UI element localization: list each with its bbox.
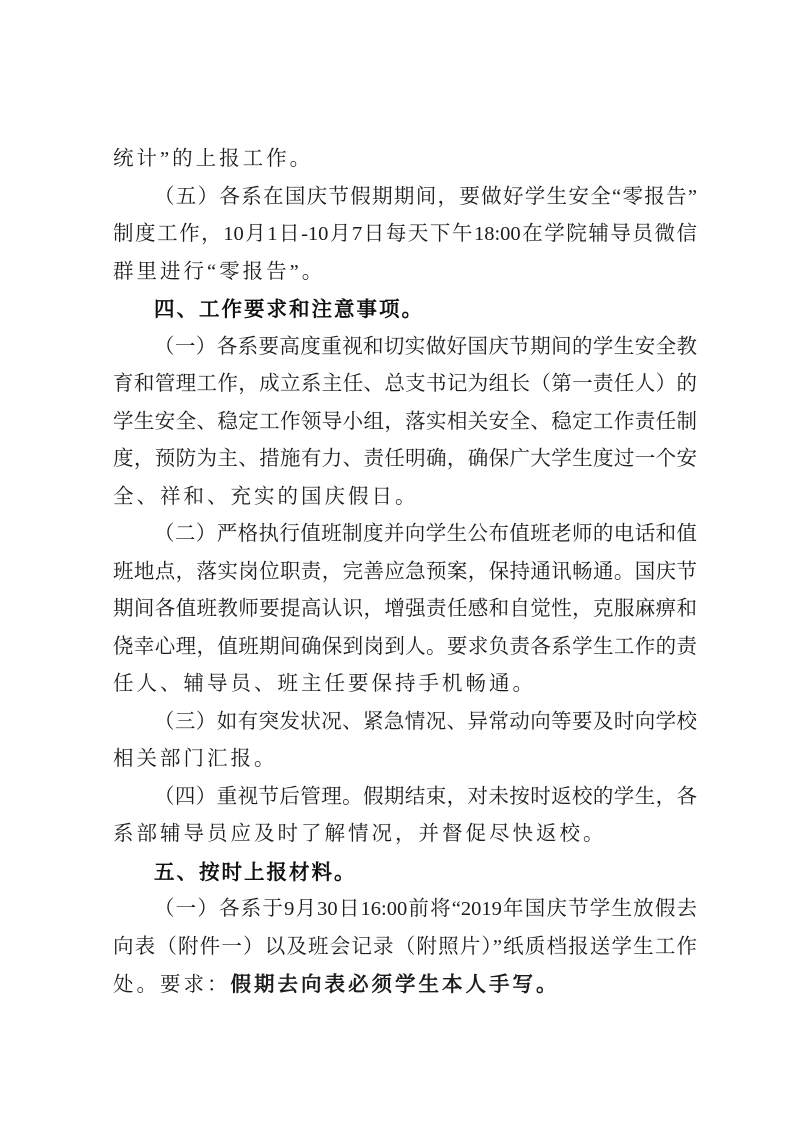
text-line: 学生安全、稳定工作领导小组，落实相关安全、稳定工作责任制: [113, 404, 697, 442]
text-line: （三）如有突发状况、紧急情况、异常动向等要及时向学校: [113, 704, 697, 742]
text-segment: 学生安全、稳定工作领导小组，落实相关安全、稳定工作责任制: [113, 411, 697, 433]
text-segment: 统计”的上报工作。: [113, 148, 313, 170]
text-line: （一）各系于9月30日16:00前将“2019年国庆节学生放假去: [113, 891, 697, 929]
text-segment: （一）各系于9月30日16:00前将“2019年国庆节学生放假去: [154, 898, 697, 920]
text-line: （一）各系要高度重视和切实做好国庆节期间的学生安全教: [113, 329, 697, 367]
heading-line: 四、工作要求和注意事项。: [113, 291, 697, 329]
text-segment: 全、祥和、充实的国庆假日。: [113, 486, 419, 508]
text-segment: 向表（附件一）以及班会记录（附照片）”纸质档报送学生工作: [113, 936, 697, 958]
text-segment: 假期去向表必须学生本人手写。: [231, 973, 560, 996]
text-segment: 侥幸心理，值班期间确保到岗到人。要求负责各系学生工作的责: [113, 636, 697, 658]
text-segment: 系部辅导员应及时了解情况，并督促尽快返校。: [113, 823, 607, 845]
text-segment: （三）如有突发状况、紧急情况、异常动向等要及时向学校: [154, 711, 697, 733]
text-segment: 度，预防为主、措施有力、责任明确，确保广大学生度过一个安: [113, 448, 697, 470]
text-segment: 五、按时上报材料。: [154, 861, 357, 884]
text-segment: 班地点，落实岗位职责，完善应急预案，保持通讯畅通。国庆节: [113, 561, 697, 583]
text-line: 度，预防为主、措施有力、责任明确，确保广大学生度过一个安: [113, 441, 697, 479]
text-line: 系部辅导员应及时了解情况，并督促尽快返校。: [113, 816, 697, 854]
text-segment: 群里进行“零报告”。: [113, 261, 325, 283]
document-page: 统计”的上报工作。（五）各系在国庆节假期期间，要做好学生安全“零报告”制度工作，…: [0, 0, 793, 1122]
heading-line: 五、按时上报材料。: [113, 854, 697, 892]
text-line: 制度工作，10月1日-10月7日每天下午18:00在学院辅导员微信: [113, 216, 697, 254]
text-line: 全、祥和、充实的国庆假日。: [113, 479, 697, 517]
text-line: 侥幸心理，值班期间确保到岗到人。要求负责各系学生工作的责: [113, 629, 697, 667]
text-line: 向表（附件一）以及班会记录（附照片）”纸质档报送学生工作: [113, 929, 697, 967]
text-segment: 任人、辅导员、班主任要保持手机畅通。: [113, 673, 536, 695]
text-line: （四）重视节后管理。假期结束，对未按时返校的学生，各: [113, 779, 697, 817]
text-line: （二）严格执行值班制度并向学生公布值班老师的电话和值: [113, 516, 697, 554]
text-segment: （二）严格执行值班制度并向学生公布值班老师的电话和值: [154, 523, 697, 545]
text-line: 统计”的上报工作。: [113, 141, 697, 179]
text-line: （五）各系在国庆节假期期间，要做好学生安全“零报告”: [113, 179, 697, 217]
text-segment: （五）各系在国庆节假期期间，要做好学生安全“零报告”: [154, 186, 697, 208]
text-segment: 相关部门汇报。: [113, 748, 278, 770]
text-segment: 期间各值班教师要提高认识，增强责任感和自觉性，克服麻痹和: [113, 598, 697, 620]
text-segment: （一）各系要高度重视和切实做好国庆节期间的学生安全教: [154, 336, 697, 358]
text-line: 班地点，落实岗位职责，完善应急预案，保持通讯畅通。国庆节: [113, 554, 697, 592]
text-segment: 四、工作要求和注意事项。: [154, 298, 424, 321]
text-segment: 处。要求：: [113, 974, 231, 996]
text-segment: 育和管理工作，成立系主任、总支书记为组长（第一责任人）的: [113, 373, 697, 395]
text-block: 统计”的上报工作。（五）各系在国庆节假期期间，要做好学生安全“零报告”制度工作，…: [113, 141, 697, 1004]
text-line: 处。要求：假期去向表必须学生本人手写。: [113, 966, 697, 1004]
text-line: 群里进行“零报告”。: [113, 254, 697, 292]
text-line: 任人、辅导员、班主任要保持手机畅通。: [113, 666, 697, 704]
text-line: 相关部门汇报。: [113, 741, 697, 779]
text-line: 育和管理工作，成立系主任、总支书记为组长（第一责任人）的: [113, 366, 697, 404]
text-segment: （四）重视节后管理。假期结束，对未按时返校的学生，各: [154, 786, 697, 808]
text-line: 期间各值班教师要提高认识，增强责任感和自觉性，克服麻痹和: [113, 591, 697, 629]
text-segment: 制度工作，10月1日-10月7日每天下午18:00在学院辅导员微信: [113, 223, 697, 245]
